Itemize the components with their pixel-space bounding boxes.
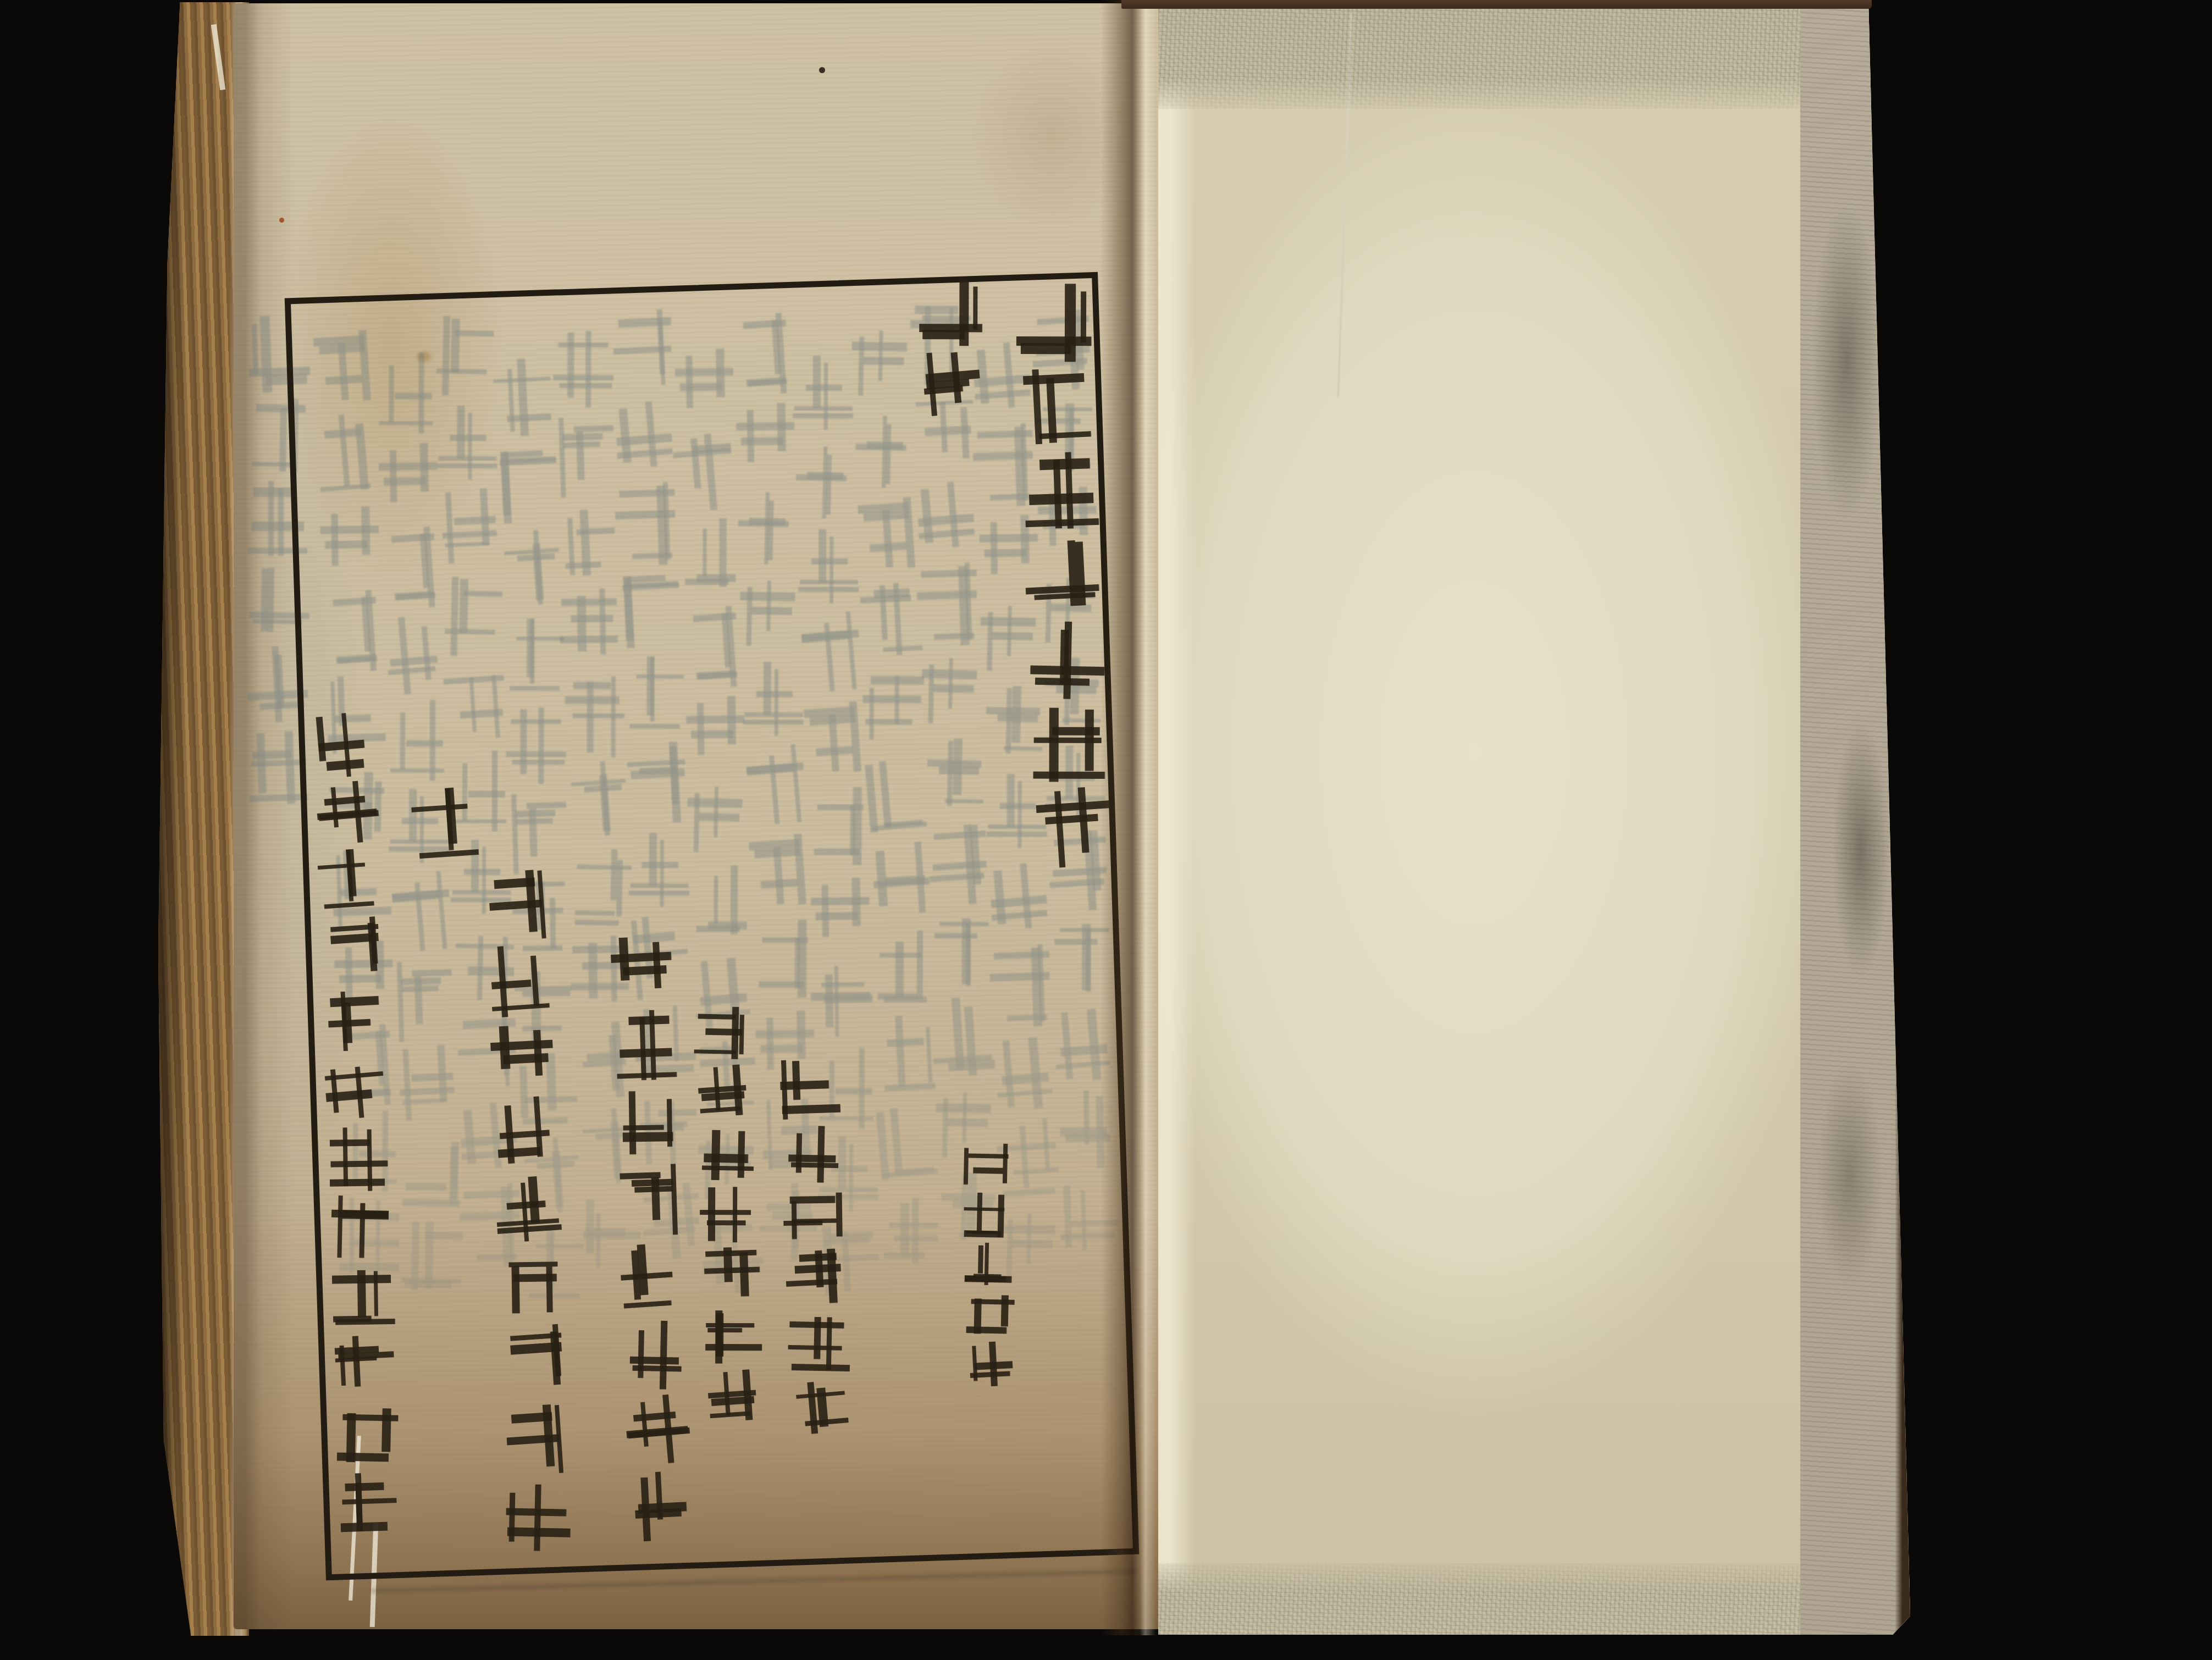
printed-character: 忘 [618, 1237, 690, 1319]
show-through-band-bottom [1158, 1563, 1910, 1635]
printed-character: 三 [787, 1313, 853, 1377]
printed-character: 保 [699, 1186, 760, 1247]
printed-character: 不 [617, 1161, 686, 1241]
printed-character: 皇 [918, 279, 987, 350]
show-through-band-top [1158, 9, 1910, 109]
cover-edge-strip [1121, 0, 1872, 9]
printed-character: 咸 [784, 1248, 852, 1315]
printed-character: 之 [488, 1019, 561, 1098]
printed-character: 来 [333, 1332, 401, 1404]
printed-character: 先 [497, 1249, 567, 1326]
printed-character: 以 [321, 986, 389, 1058]
printed-character: 其 [410, 785, 492, 872]
printed-character: 難 [693, 1062, 758, 1127]
scanned-book-photo: { "document": { "kind": "scanned opening… [0, 0, 2212, 1660]
printed-character: 敎 [622, 1315, 691, 1393]
printed-character: 日 [1019, 450, 1104, 536]
printed-character: 民 [318, 916, 388, 989]
printed-character: 固 [692, 1002, 755, 1064]
printed-character: 尤 [703, 1308, 764, 1369]
printed-character: 長 [490, 1094, 565, 1175]
ink-text-layer: 皇明日記新書序皇上相弼諧于内聲敎化咸三登固難而保治尤難之日恒不忘敎思無有道之長也… [291, 278, 1133, 1574]
printed-character: 胷 [338, 1471, 405, 1542]
printed-character: 于 [965, 1291, 1017, 1341]
printed-character: 新 [1025, 618, 1109, 704]
printed-character: 内 [966, 1340, 1019, 1391]
text-frame: 天命之謂性率性之謂道修道之謂敎道也者不可須臾離也可離非道也是故君子戒慎乎其所不睹… [285, 272, 1140, 1581]
printed-character: 恒 [615, 1085, 683, 1163]
printed-character: 書 [1028, 703, 1111, 787]
printed-character: 往 [331, 1264, 397, 1334]
printed-character: 思 [313, 777, 384, 851]
printed-character: 言 [504, 1478, 575, 1556]
printed-character: 也 [493, 1171, 567, 1252]
printed-character: 道 [485, 942, 560, 1022]
printed-character: 相 [961, 1142, 1013, 1193]
printed-character: 之 [609, 930, 679, 1010]
printed-character: 記 [1021, 533, 1108, 621]
printed-character: 而 [696, 1124, 759, 1186]
worn-fore-edge [1800, 1, 1910, 1635]
printed-character: 上 [917, 347, 992, 423]
printed-character: 則 [311, 708, 381, 783]
paper-fleck [819, 67, 825, 73]
printed-character: 日 [612, 1008, 681, 1087]
paper-fleck [279, 218, 284, 223]
printed-character: 有 [500, 1400, 574, 1481]
printed-character: 思 [622, 1391, 695, 1473]
binding-gutter-shadow [1101, 0, 1168, 1635]
printed-character: 敎 [781, 1121, 847, 1186]
printed-character: 有 [483, 865, 557, 946]
printed-character: 者 [329, 1194, 395, 1265]
printed-character: 化 [783, 1185, 849, 1250]
printed-character: 皇 [1015, 283, 1098, 367]
printed-character: 民 [497, 1324, 572, 1404]
printed-character: 弼 [962, 1192, 1014, 1242]
printed-character: 二 [327, 1125, 392, 1196]
printed-character: 聲 [778, 1057, 845, 1123]
printed-character: 登 [787, 1374, 857, 1443]
printed-character: 治 [700, 1246, 764, 1309]
right-page [1158, 1, 1910, 1635]
printed-character: 難 [703, 1366, 768, 1431]
printed-character: 無 [626, 1469, 697, 1549]
printed-character: 于 [335, 1402, 402, 1472]
printed-character: 明 [1016, 364, 1102, 452]
printed-character: 是 [322, 1054, 392, 1128]
printed-character: 其 [316, 846, 385, 920]
printed-character: 諧 [964, 1241, 1015, 1292]
